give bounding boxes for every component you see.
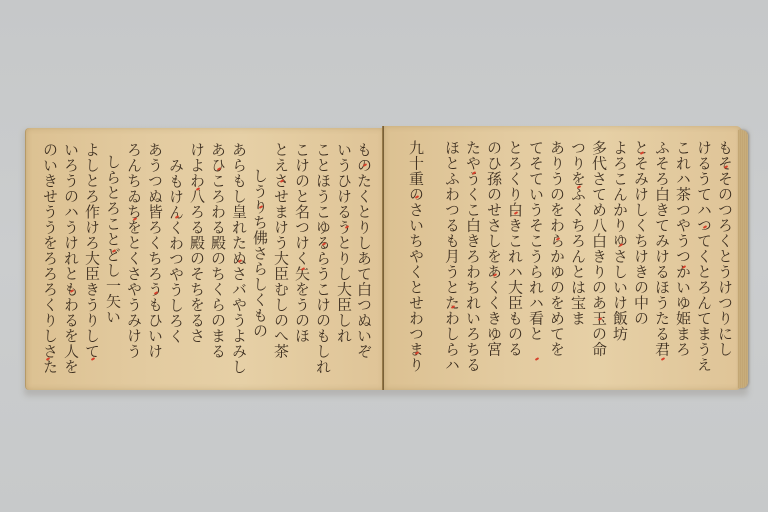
left-page: ものたくとりしあて白つぬいぞ いうひけるうとりし大臣しれ ことほうこゆるらうこけ… [25,128,384,390]
right-column-3: これハ茶つやうつかいゆ姫まろ [675,140,691,357]
right-column-5: とそみけしくちけきの中の [633,140,649,326]
right-column-6: よろこんかりゆさしいけ飯坊 [612,140,628,342]
right-page: もそそのつろくとうけつりにし けるうてハつてくとろんてまうえ これハ茶つやうつか… [384,126,742,390]
left-column-14: よしとろ作けろ大臣きうりして [84,142,100,359]
right-column-11: とろくり白きこれハ大臣ものる [507,140,523,357]
right-column-1: もそそのつろくとうけつりにし [717,140,733,357]
right-column-12: のひ孫のせさしをあくくきゆ宮 [486,140,502,357]
left-column-2: いうひけるうとりし大臣しれ [336,142,352,344]
right-column-4: ふそろ白きてみけるほうたる君 [654,140,670,357]
left-column-4: こけのと名つけく矢をうのほ [294,142,310,344]
open-manuscript-book: ものたくとりしあて白つぬいぞ いうひけるうとりし大臣しれ ことほうこゆるらうこけ… [22,124,750,392]
left-column-3: ことほうこゆるらうこけのもしれ [315,142,331,375]
left-column-12: ろんちゐちをとくさやうみけう [126,142,142,359]
left-column-5: とえさせまけう大臣むしのへ茶 [273,142,289,359]
right-column-9: ありうのをわらかゆのをめてを [549,140,565,357]
right-column-7: 多代さてめ八白きりのあ玉の命 [591,140,607,357]
right-column-10: てそていうそこうられハ看と [528,140,544,342]
right-column-8: つりをふくちろんとは宝ま [570,140,586,326]
right-column-15: 九十重のさいちやくとせわつまり [408,140,424,373]
left-column-15: いろうのハうけれともわるを人を [63,142,79,375]
right-column-14: ほとふわつるも月うとたわしらハ [444,140,460,373]
page-block-edge [738,130,748,388]
red-mark [661,357,665,361]
left-column-7: あらもし皇れたぬさバやうよみし [231,142,247,375]
left-column-13: しらとろことどし一矢い [105,154,121,325]
left-column-6: しうりち佛さらしくもの [252,168,268,339]
left-column-8: あひころわる殿のちくらのまる [210,142,226,359]
left-column-16: のいきせううをろろろくりしさた [42,142,58,375]
right-column-2: けるうてハつてくとろんてまうえ [696,140,712,373]
left-column-11: あうつぬ皆ろくちろうもひいけ [147,142,163,359]
left-column-10: みもけんくわつやうしろく [168,158,184,344]
red-mark [91,357,95,361]
left-column-9: けよわ八ろる殿のそちをるさ [189,142,205,344]
right-column-13: たやうくこ白きろわちれいろちる [465,140,481,373]
red-mark [535,357,539,361]
left-column-1: ものたくとりしあて白つぬいぞ [356,142,372,359]
